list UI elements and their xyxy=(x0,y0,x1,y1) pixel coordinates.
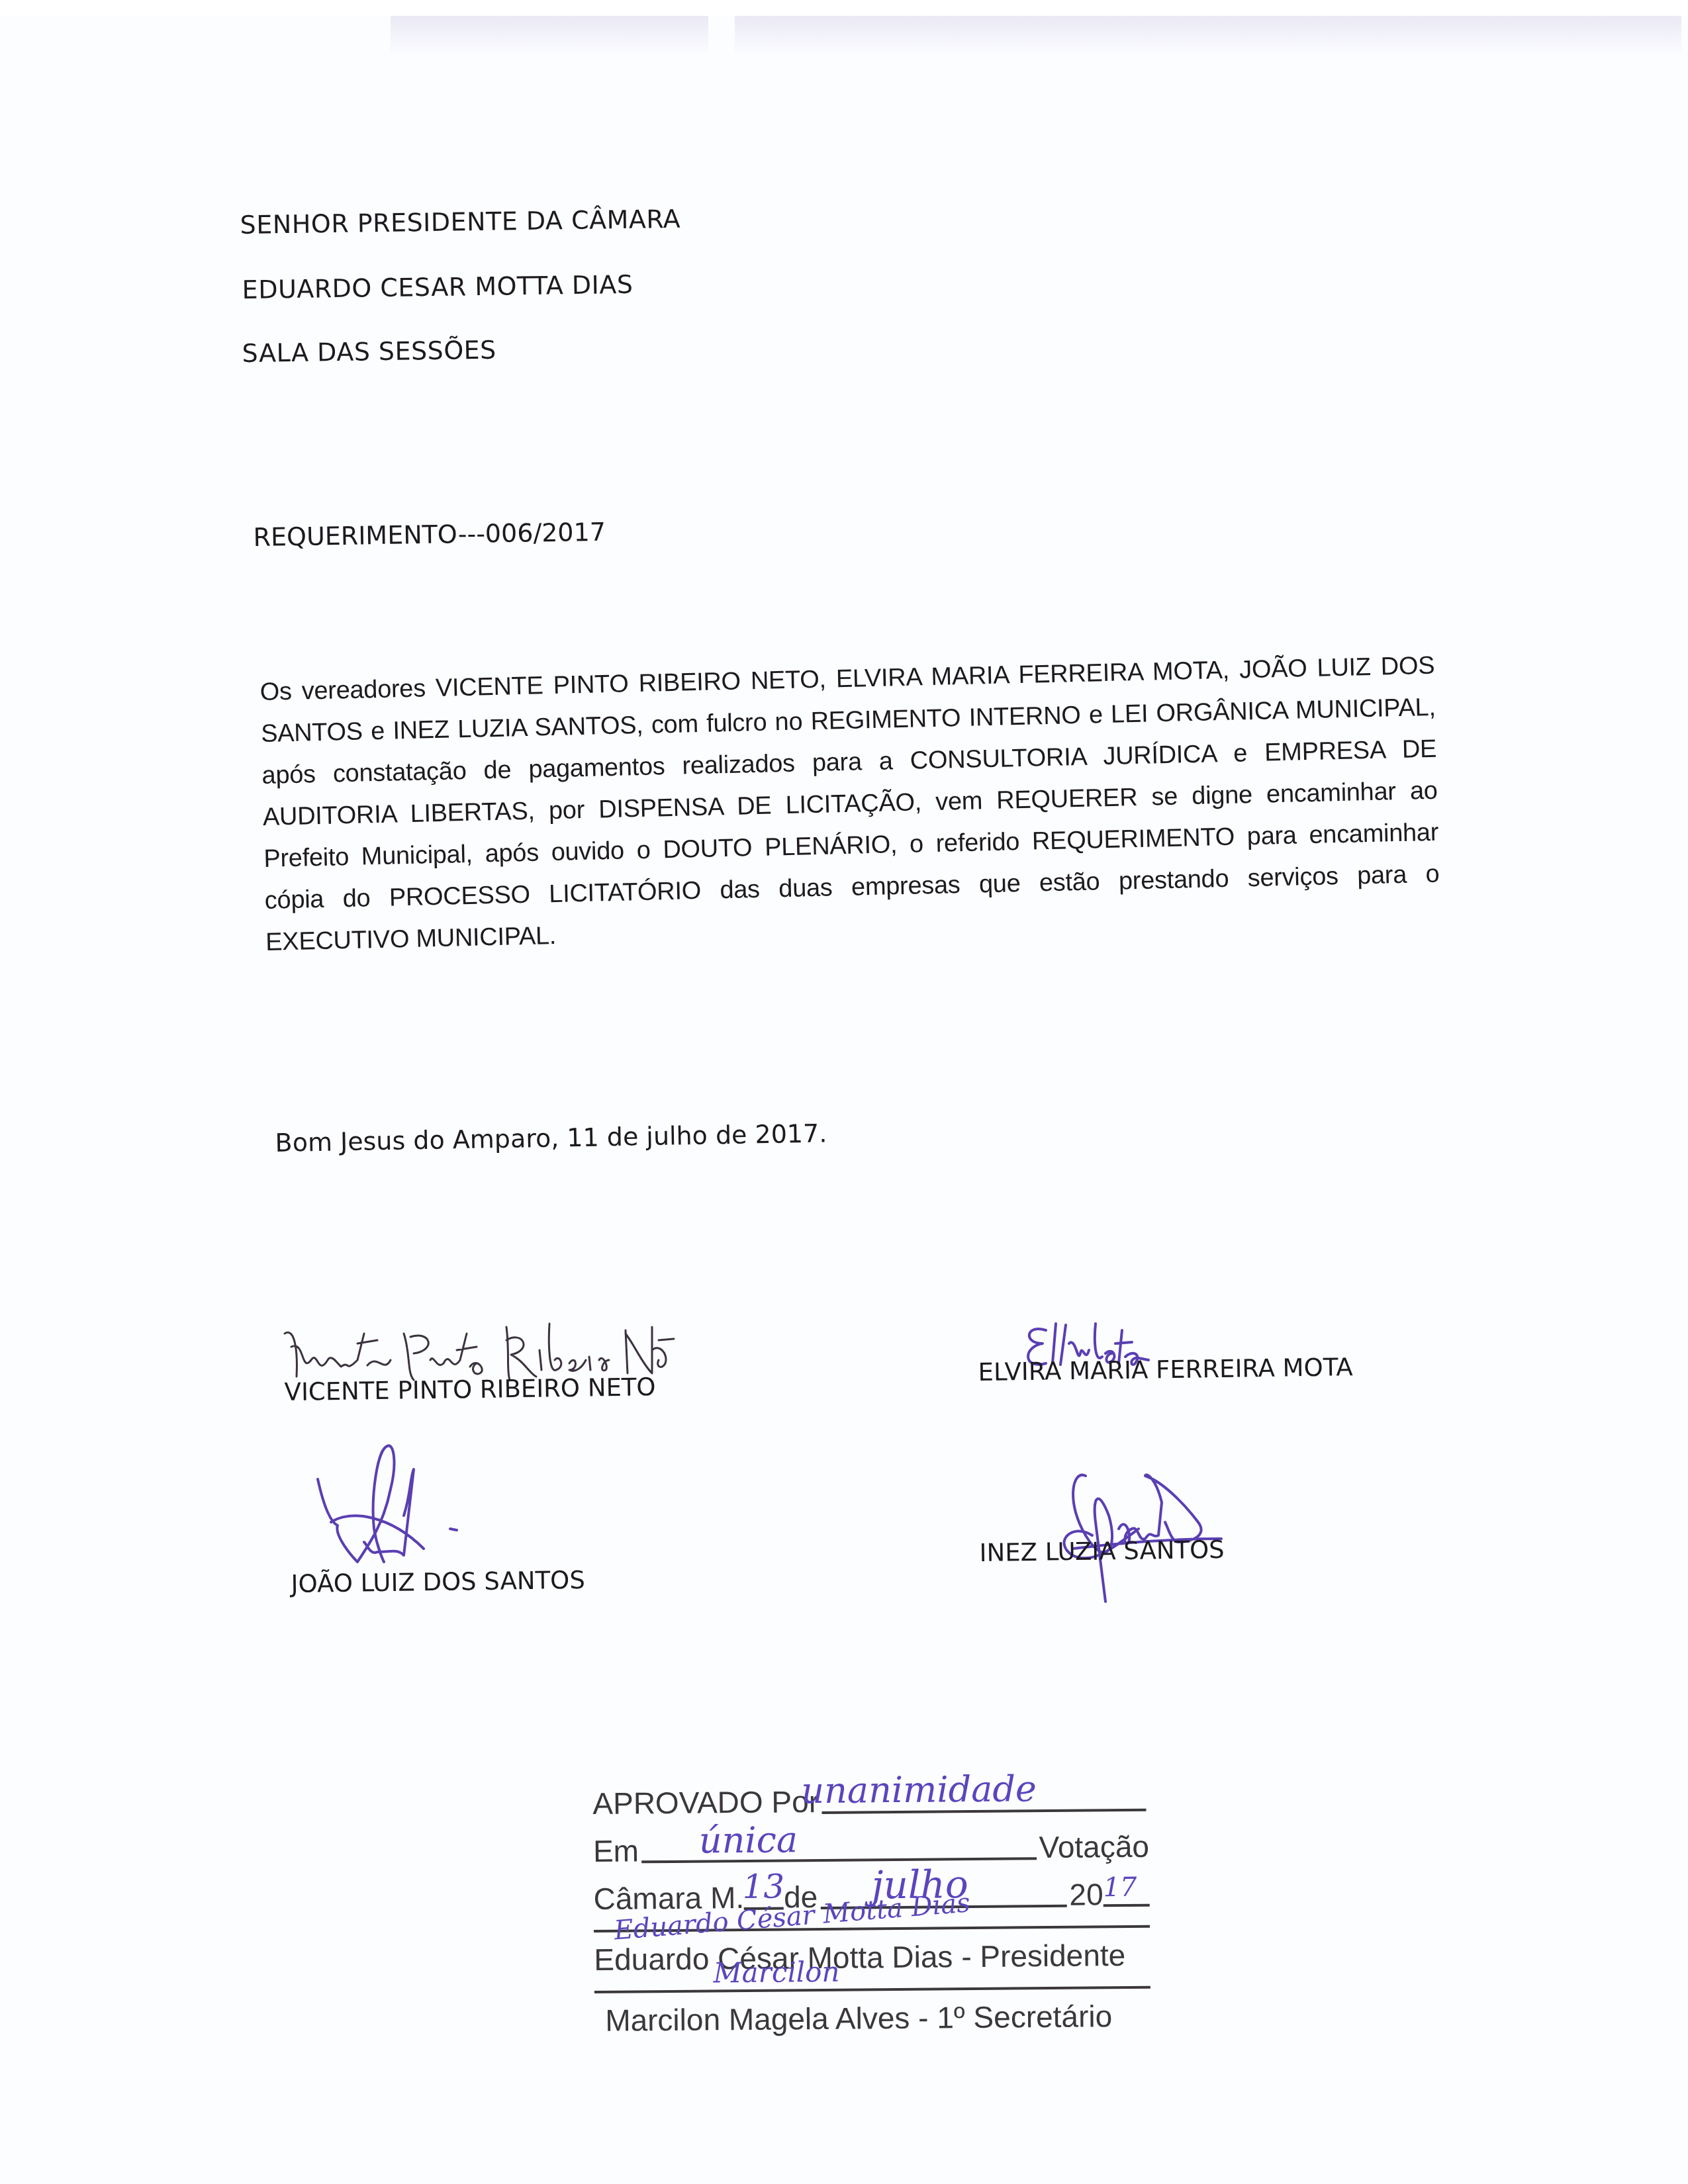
signatory-name-4: INEZ LUZIA SANTOS xyxy=(979,1535,1225,1567)
year-line xyxy=(1103,1904,1150,1907)
votacao-label: Votação xyxy=(1039,1829,1149,1865)
president-row: Eduardo César Motta Dias Eduardo César M… xyxy=(594,1912,1150,1978)
secretary-row: Marcilon Marcilon Magela Alves - 1º Secr… xyxy=(594,1973,1151,2038)
approved-by-value: unanimidade xyxy=(801,1768,1037,1811)
em-value: única xyxy=(699,1819,798,1861)
addressee-line-3: SALA DAS SESSÕES xyxy=(242,336,496,368)
approved-by-label: APROVADO Por xyxy=(592,1784,819,1821)
secretary-signature-line xyxy=(594,1986,1150,1993)
voting-row: Em Votação única xyxy=(593,1817,1150,1869)
signatory-name-2: ELVIRA MARIA FERREIRA MOTA xyxy=(978,1353,1353,1387)
scan-shading xyxy=(391,16,708,56)
president-label: Eduardo César Motta Dias - Presidente xyxy=(594,1937,1125,1978)
approval-stamp: APROVADO Por unanimidade Em Votação únic… xyxy=(592,1769,1150,2038)
request-body: Os vereadores VICENTE PINTO RIBEIRO NETO… xyxy=(259,645,1441,964)
em-label: Em xyxy=(593,1833,639,1869)
addressee-line-1: SENHOR PRESIDENTE DA CÂMARA xyxy=(240,205,680,240)
document-number: REQUERIMENTO---006/2017 xyxy=(253,518,606,552)
secretary-signature: Marcilon xyxy=(713,1956,839,1989)
approval-row: APROVADO Por unanimidade xyxy=(592,1769,1149,1821)
scan-shading xyxy=(735,16,1681,56)
signature-joao xyxy=(311,1430,523,1578)
signatory-name-1: VICENTE PINTO RIBEIRO NETO xyxy=(284,1373,655,1406)
scan-border xyxy=(0,0,1688,16)
addressee-line-2: EDUARDO CESAR MOTTA DIAS xyxy=(242,270,633,304)
year-suffix: 17 xyxy=(1103,1872,1137,1903)
signatory-name-3: JOÃO LUIZ DOS SANTOS xyxy=(291,1566,585,1598)
place-date: Bom Jesus do Amparo, 11 de julho de 2017… xyxy=(275,1118,827,1158)
secretary-label: Marcilon Magela Alves - 1º Secretário xyxy=(594,1998,1112,2038)
day-value: 13 xyxy=(742,1867,784,1906)
year-prefix: 20 xyxy=(1069,1876,1103,1912)
